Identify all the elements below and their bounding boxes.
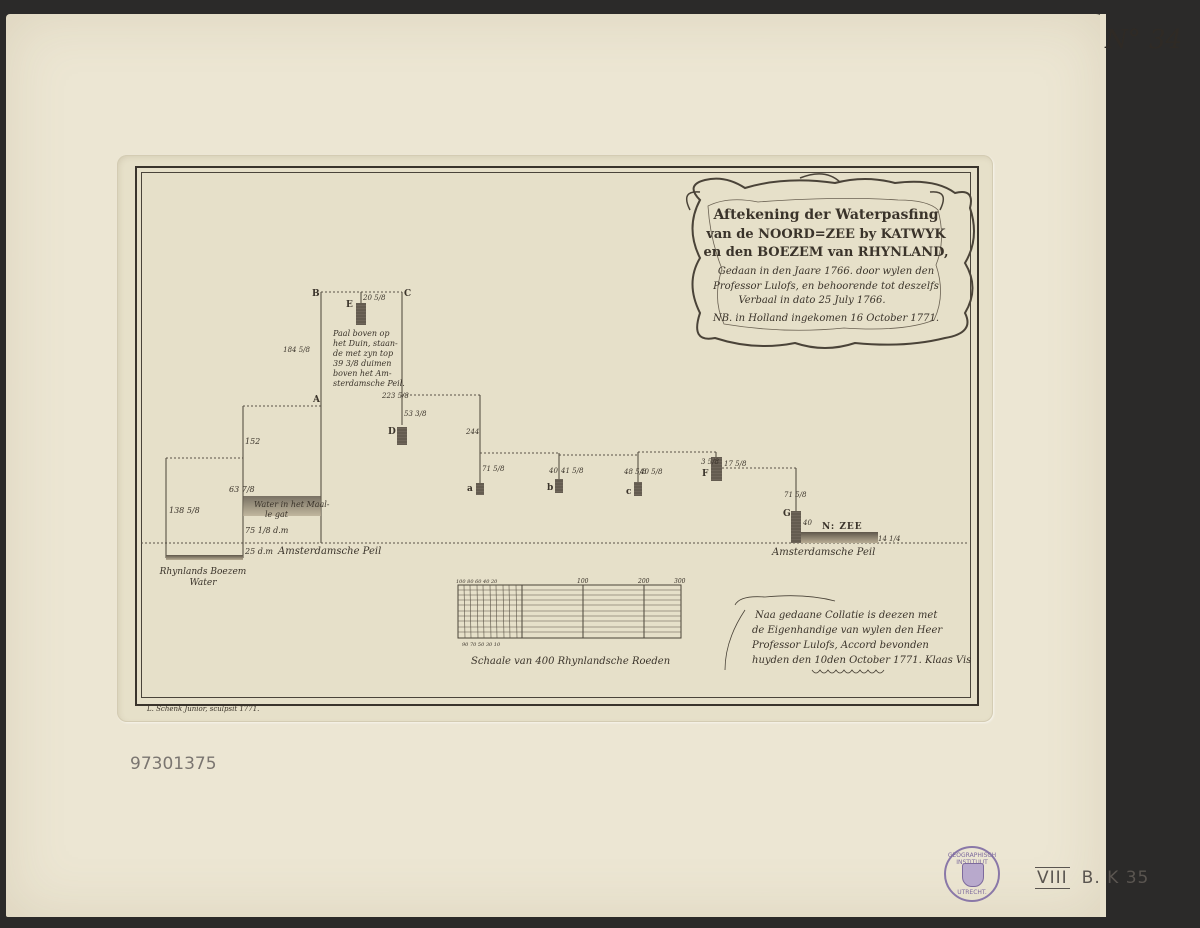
label-height-244: 244 [465,428,479,436]
label-paal-2: het Duin, staan- [333,339,398,348]
point-A: A [312,395,321,405]
pole-c [634,482,642,496]
label-f-right: 17 5/8 [724,460,747,468]
pole-D [397,427,407,445]
label-maalgat-2: le gat [265,510,289,519]
leveling-diagram: Aftekening der Waterpasfing van de NOORD… [0,0,1200,928]
label-rhynland-height: 138 5/8 [169,506,200,515]
collation-line-1: Naa gedaane Collatie is deezen met [754,610,938,621]
point-d-section: 223 5/8 53 3/8 D 244 [381,392,480,483]
label-paal-1: Paal boven op [332,329,390,338]
point-a: a [467,484,473,494]
label-step-63: 63 7/8 [229,485,255,494]
shelfmark-code: B. K 35 [1082,868,1150,888]
label-zee-end: 14 1/4 [878,535,900,543]
label-b-left: 40 [548,467,558,475]
scale-top-ticks: 100 80 60 40 20 [456,579,498,585]
label-g-upper: 71 5/8 [784,491,807,499]
pole-a [476,483,484,495]
shelfmark: VIIIB. K 35 [1035,868,1149,888]
label-height-184: 184 5/8 [283,346,310,354]
north-sea-section: 71 5/8 G 40 N: ZEE 14 1/4 Amsterdamsche … [771,468,900,558]
point-C: C [404,289,411,299]
level-stations: 71 5/8 a 40 41 5/8 b 48 5/8 40 5/8 c F 3… [467,452,796,497]
label-rhynland-water-1: Rhynlands Boezem [159,567,247,577]
label-d-53: 53 3/8 [404,410,427,418]
inventory-number: 97301375 [130,754,217,774]
label-paal-4: 39 3/8 duimen [333,359,391,368]
institute-stamp: GEOGRAPHISCH INSTITUUT UTRECHT. [944,846,1000,902]
scale-major-100: 100 [577,578,589,585]
label-c-right: 40 5/8 [639,468,663,476]
cartouche-text-7: NB. in Holland ingekomen 16 October 1771… [712,313,939,324]
collation-note: Naa gedaane Collatie is deezen met de Ei… [725,596,971,673]
pole-G [791,511,801,543]
point-D: D [388,427,396,437]
title-cartouche: Aftekening der Waterpasfing van de NOORD… [687,174,974,348]
cartouche-title-1: Aftekening der Waterpasfing [712,207,938,223]
label-g-40: 40 [802,519,812,527]
stamp-bottom-text: UTRECHT. [946,889,998,896]
point-E: E [346,300,353,310]
pole-E [356,303,366,325]
point-c: c [626,487,632,497]
cartouche-text-6: Verbaal in dato 25 July 1766. [738,295,885,306]
cartouche-title-3: en den BOEZEM van RHYNLAND, [703,245,948,260]
label-a-val: 71 5/8 [482,465,505,473]
collation-line-3: Professor Lulofs, Accord bevonden [751,640,929,651]
rhynland-section: 138 5/8 63 7/8 Rhynlands Boezem Water [159,406,255,588]
label-amsterdam-peil-left: Amsterdamsche Peil [277,546,381,557]
point-B: B [312,289,320,299]
scale-major-300: 300 [674,578,686,585]
engraver-credit: L. Schenk Junior, sculpsit 1771. [146,705,259,713]
scale-major-200: 200 [637,578,650,585]
point-F: F [702,469,709,479]
label-amsterdam-peil-right: Amsterdamsche Peil [771,547,875,558]
collation-line-4: huyden den 10den October 1771. Klaas Vis [752,655,971,666]
collation-line-2: de Eigenhandige van wylen den Heer [752,625,943,636]
scale-bottom-ticks: 90 70 50 30 10 [462,642,501,648]
shelfmark-roman: VIII [1035,867,1070,889]
scale-bar: 100 80 60 40 20 100 200 300 90 70 50 30 … [456,578,686,667]
label-e-top: 20 5/8 [362,294,386,302]
label-paal-3: de met zyn top [333,349,393,358]
label-paal-6: sterdamsche Peil. [333,379,405,388]
label-maalgat-1: Water in het Maal- [254,500,330,509]
point-b: b [547,483,553,493]
label-c-223: 223 5/8 [381,392,409,400]
cartouche-text-5: Professor Lulofs, en behoorende tot desz… [712,281,939,292]
label-noordzee: N: ZEE [822,522,863,532]
cartouche-title-2: van de NOORD=ZEE by KATWYK [705,227,946,242]
dune-section: B C E 20 5/8 184 5/8 Paal boven op het D… [283,289,411,425]
pole-b [555,479,563,493]
label-paal-5: boven het Am- [333,369,392,378]
north-sea-water [801,532,878,543]
label-f-left: 3 5/8 [701,458,719,466]
label-b-right: 41 5/8 [560,467,584,475]
cartouche-text-4: Gedaan in den Jaare 1766. door wylen den [718,266,934,277]
shield-icon [962,863,984,887]
label-dm-25: 25 d.m [244,547,273,556]
scale-caption: Schaale van 400 Rhynlandsche Roeden [471,656,670,667]
label-height-152: 152 [245,437,260,446]
point-G: G [783,509,791,519]
label-rhynland-water-2: Water [189,578,217,588]
label-maalgat-depth: 75 1/8 d.m [245,526,289,535]
